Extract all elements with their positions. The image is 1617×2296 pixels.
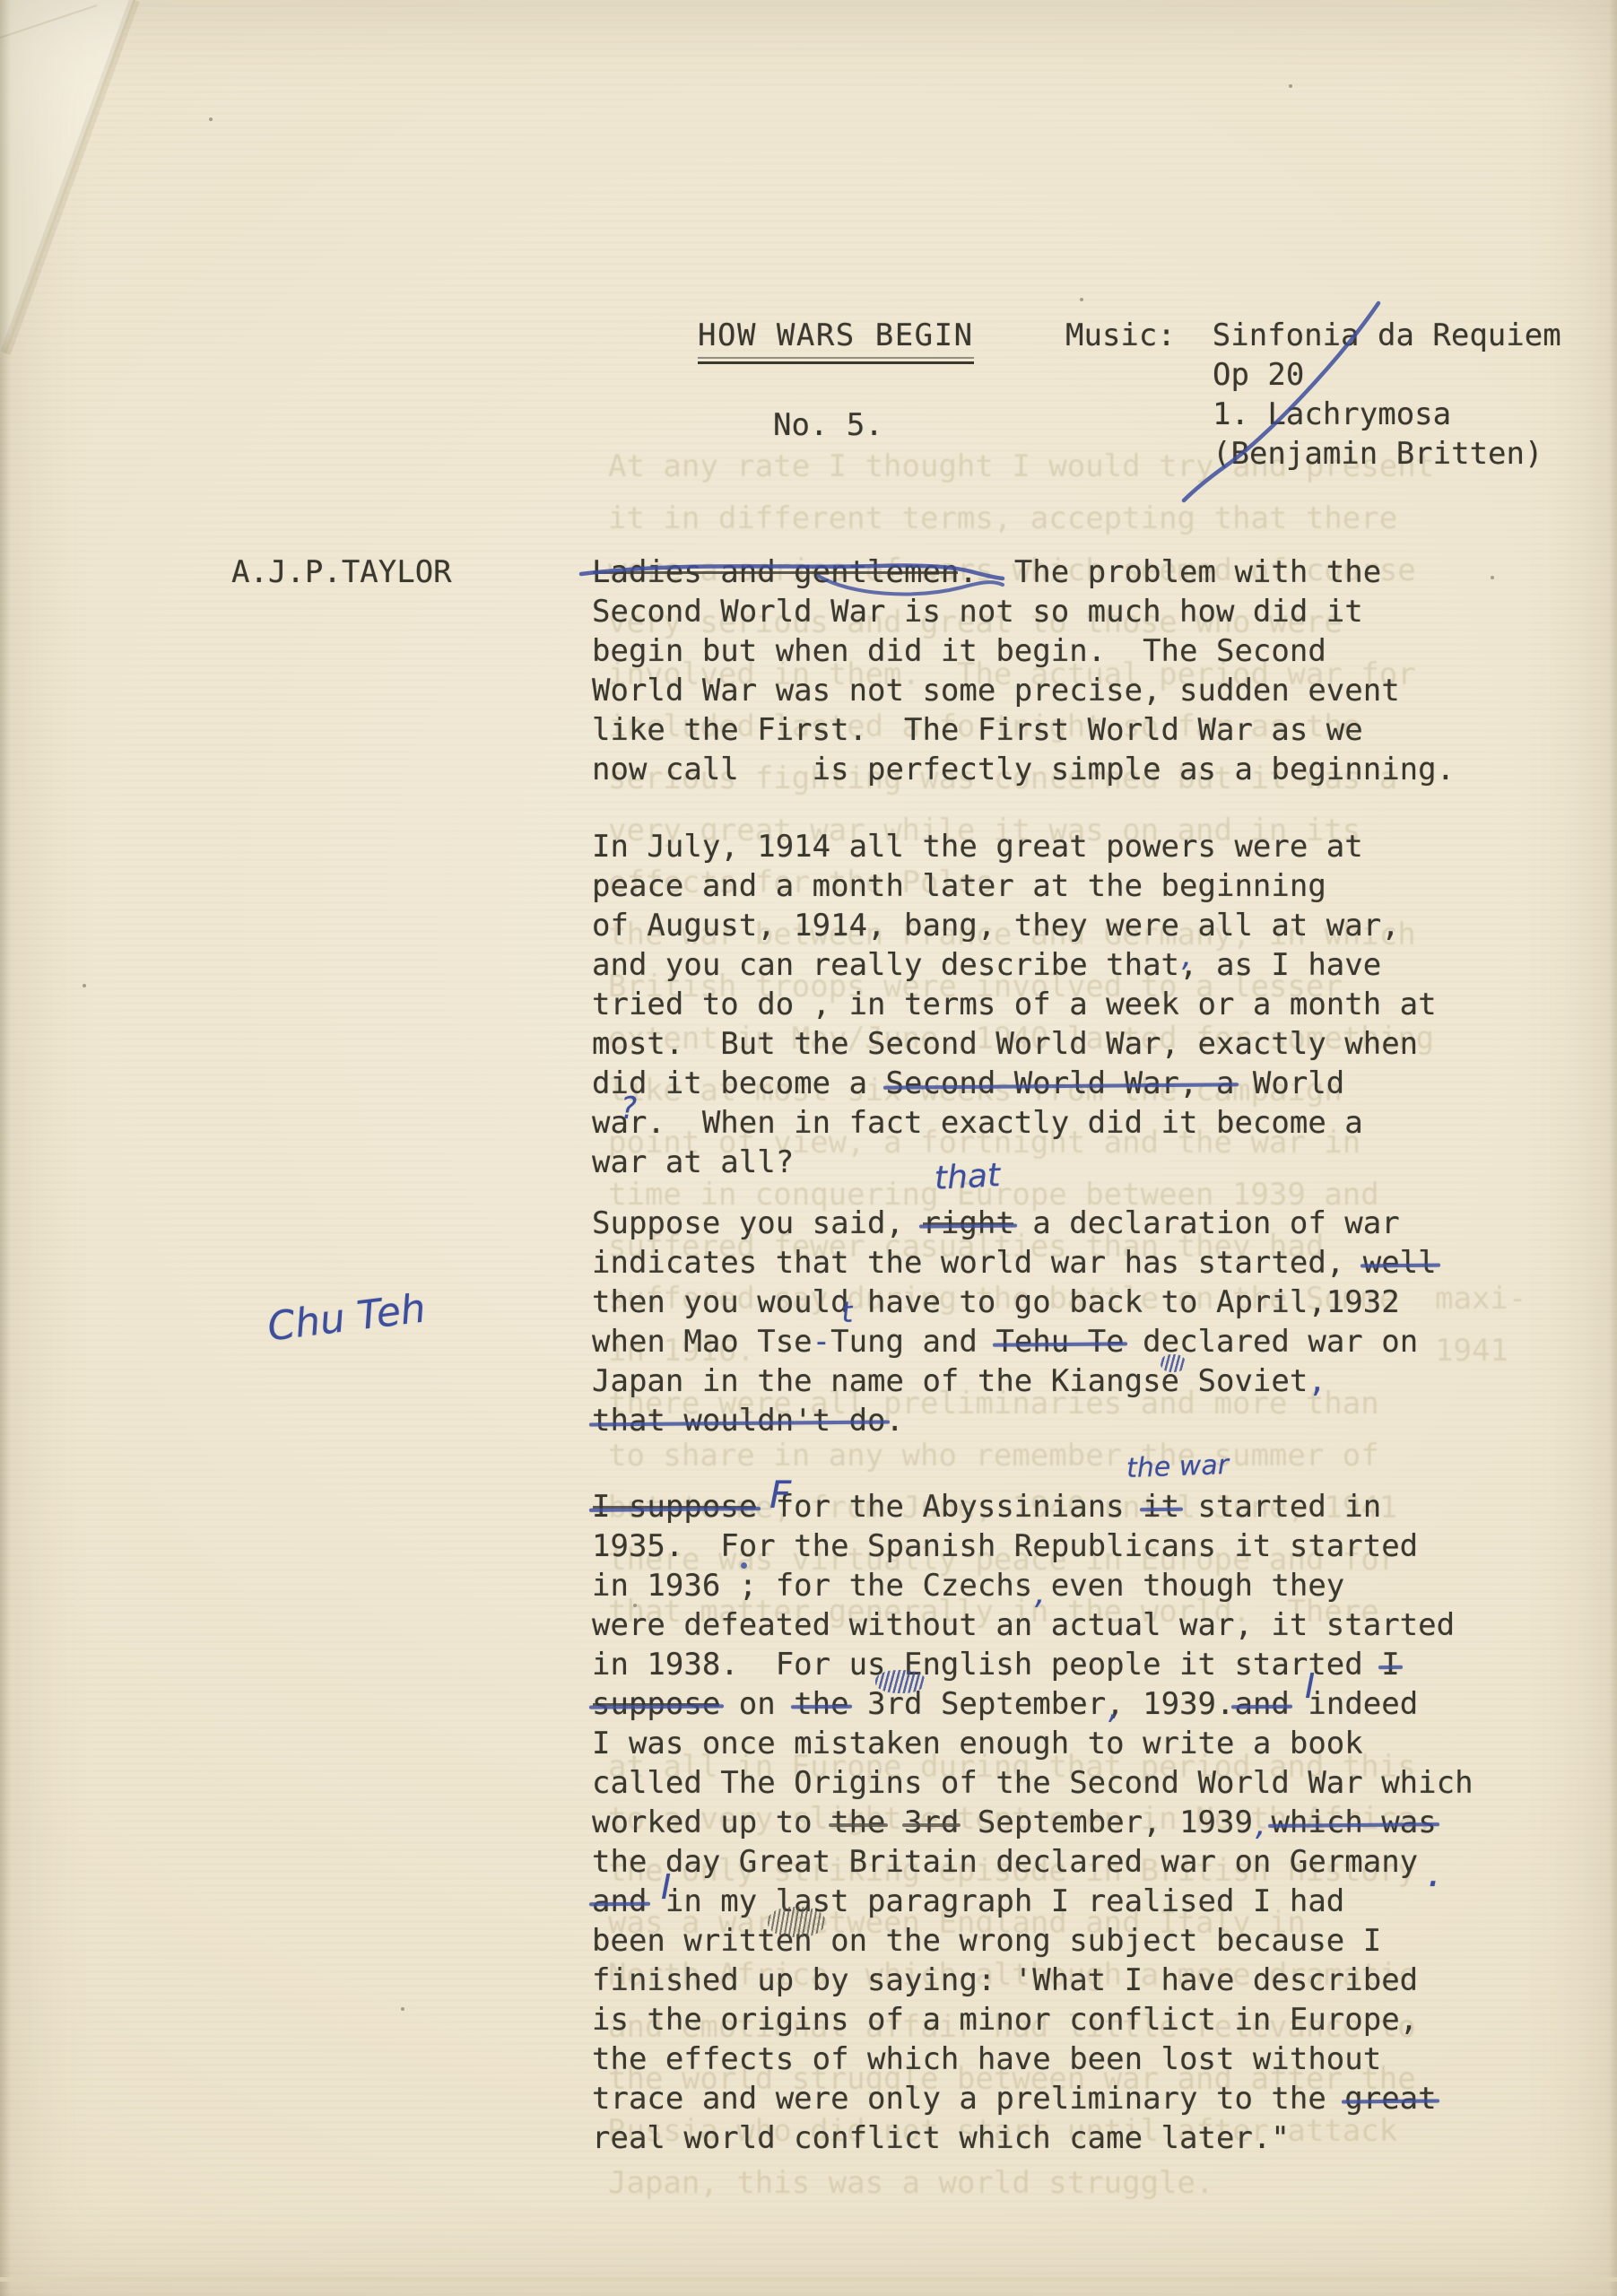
- speaker-label: A.J.P.TAYLOR: [231, 552, 452, 592]
- typed-line: worked up to the 3rd September, 1939 whi…: [592, 1803, 1474, 1842]
- folded-corner: [0, 0, 152, 377]
- paragraph-1: Ladies and gentlemen. The problem with t…: [592, 552, 1455, 789]
- pencil-scribble-written: [768, 1907, 825, 1937]
- ghost-text-line: Japan, this was a world struggle.: [608, 2165, 1214, 2201]
- struck-text: ,: [1308, 1363, 1326, 1399]
- typed-text: like the First. The First World War as w…: [592, 712, 1363, 748]
- typed-text: . The problem with the: [959, 554, 1381, 590]
- typed-text: 1935. For the Spanish Republicans it sta…: [592, 1528, 1418, 1564]
- typed-text: World War was not some precise, sudden e…: [592, 673, 1400, 709]
- dust-speck: [209, 117, 213, 121]
- dust-speck: [401, 2007, 404, 2011]
- music-cue-block: Music: Sinfonia da RequiemOp 201. Lachry…: [1065, 316, 1561, 474]
- typed-line: the effects of which have been lost with…: [592, 2039, 1474, 2079]
- document-page: At any rate I thought I would try and pr…: [0, 0, 1617, 2296]
- typed-text: worked up to: [592, 1805, 830, 1840]
- typed-text: Second World War is not so much how did …: [592, 594, 1363, 630]
- typed-line: Second World War is not so much how did …: [592, 592, 1455, 631]
- typed-text: in 1936 ; for the Czechs even though the…: [592, 1568, 1344, 1604]
- hand-period-after-germany: .: [1428, 1848, 1441, 1896]
- typed-text: when Mao Tse: [592, 1324, 813, 1360]
- typed-text: were defeated without an actual war, it …: [592, 1607, 1455, 1643]
- hand-comma-after-september: ,: [1108, 1690, 1118, 1726]
- struck-text: I suppose: [592, 1489, 757, 1525]
- hand-capital-i-over-indeed: I: [1305, 1666, 1315, 1706]
- typed-line: in 1936 ; for the Czechs even though the…: [592, 1566, 1474, 1605]
- dust-speck: [1289, 84, 1292, 88]
- hand-comma-after-czechs: ,: [1035, 1575, 1045, 1612]
- struck-text: I: [1381, 1647, 1399, 1683]
- page-right-edge: [1609, 0, 1617, 2296]
- typed-line: suppose on the 3rd September, 1939.and i…: [592, 1684, 1474, 1724]
- typed-text: now call is perfectly simple as a beginn…: [592, 752, 1455, 787]
- typed-text: called The Origins of the Second World W…: [592, 1765, 1474, 1801]
- dust-speck: [83, 984, 86, 987]
- typed-text: tried to do , in terms of a week or a mo…: [592, 987, 1437, 1022]
- typed-line: like the First. The First World War as w…: [592, 710, 1455, 750]
- hand-margin-note-chu-teh: Chu Teh: [265, 1285, 429, 1350]
- typed-line: that wouldn't do.: [592, 1401, 1437, 1440]
- struck-text: 3rd: [904, 1805, 959, 1840]
- typed-line: I suppose for the Abyssinians it started…: [592, 1487, 1474, 1526]
- struck-text: well: [1363, 1245, 1437, 1281]
- typed-text: and you can really describe that, as I h…: [592, 947, 1381, 983]
- typed-line: and you can really describe that, as I h…: [592, 945, 1437, 985]
- typed-text: for the Abyssinians: [757, 1489, 1143, 1525]
- typed-line: now call is perfectly simple as a beginn…: [592, 750, 1455, 789]
- struck-text: which was: [1271, 1805, 1436, 1840]
- typed-text: on: [720, 1686, 794, 1722]
- typed-line: trace and were only a preliminary to the…: [592, 2079, 1474, 2118]
- struck-text: suppose: [592, 1686, 720, 1722]
- typed-line: when Mao Tse-Tung and Tehu Te declared w…: [592, 1322, 1437, 1361]
- typed-text: finished up by saying: 'What I have desc…: [592, 1962, 1418, 1998]
- struck-text: Ladies and gentlemen: [592, 554, 959, 590]
- typed-text: Japan in the name of the Kiangse Soviet: [592, 1363, 1308, 1399]
- pen-squiggle-kiangse: [1161, 1354, 1186, 1372]
- typed-text: [886, 1805, 904, 1840]
- typed-line: indicates that the world war has started…: [592, 1243, 1437, 1283]
- struck-text: right: [922, 1205, 1013, 1241]
- typed-text: war at all?: [592, 1144, 794, 1180]
- hand-note-that: that: [934, 1157, 1001, 1197]
- typed-text: peace and a month later at the beginning: [592, 868, 1326, 904]
- pen-scribble-3rd: [875, 1670, 926, 1693]
- music-line-2: Op 20: [1213, 355, 1561, 395]
- typed-text: of August, 1914, bang, they were all at …: [592, 908, 1400, 944]
- typed-line: did it become a Second World War, a Worl…: [592, 1064, 1437, 1103]
- typed-text: begin but when did it begin. The Second: [592, 633, 1326, 669]
- typed-text: the effects of which have been lost with…: [592, 2041, 1381, 2077]
- struck-text: Second World War, a: [886, 1065, 1235, 1101]
- music-line-1: Music: Sinfonia da Requiem: [1065, 316, 1561, 355]
- typed-line: finished up by saying: 'What I have desc…: [592, 1961, 1474, 2000]
- typed-text: in 1938. For us English people it starte…: [592, 1647, 1381, 1683]
- hand-comma-after-that: ,: [1182, 938, 1192, 974]
- struck-text: and: [592, 1883, 647, 1919]
- typed-line: most. But the Second World War, exactly …: [592, 1024, 1437, 1064]
- typed-text: a declaration of war: [1014, 1205, 1400, 1241]
- typed-line: World War was not some precise, sudden e…: [592, 671, 1455, 710]
- hand-comma-after-1939: ,: [1256, 1806, 1265, 1843]
- hand-capital-i-over-in: I: [661, 1867, 671, 1907]
- typed-line: I was once mistaken enough to write a bo…: [592, 1724, 1474, 1763]
- typed-line: of August, 1914, bang, they were all at …: [592, 906, 1437, 945]
- paragraph-4: I suppose for the Abyssinians it started…: [592, 1487, 1474, 2158]
- ghost-text-line: it in different terms, accepting that th…: [608, 500, 1397, 536]
- typed-line: been written on the wrong subject becaus…: [592, 1921, 1474, 1961]
- typed-line: Ladies and gentlemen. The problem with t…: [592, 552, 1455, 592]
- page-left-edge: [0, 0, 11, 2296]
- typed-line: In July, 1914 all the great powers were …: [592, 827, 1437, 866]
- typed-text: indicates that the world war has started…: [592, 1245, 1363, 1281]
- typed-line: were defeated without an actual war, it …: [592, 1605, 1474, 1645]
- struck-text: it: [1143, 1489, 1179, 1525]
- typed-line: in 1938. For us English people it starte…: [592, 1645, 1474, 1684]
- typed-text: been written on the wrong subject becaus…: [592, 1923, 1381, 1959]
- ghost-text-line: to share in any who remember the summer …: [608, 1438, 1379, 1474]
- typed-text: I was once mistaken enough to write a bo…: [592, 1726, 1363, 1761]
- typed-line: is the origins of a minor conflict in Eu…: [592, 2000, 1474, 2039]
- dust-speck: [1491, 576, 1494, 579]
- typed-text: trace and were only a preliminary to the: [592, 2081, 1344, 2117]
- typed-line: war. When in fact exactly did it become …: [592, 1103, 1437, 1143]
- ghost-text-line: 1941: [1435, 1333, 1508, 1369]
- typed-text: then you would have to go back to April,…: [592, 1284, 1400, 1320]
- typed-line: war at all?: [592, 1143, 1437, 1182]
- script-number: No. 5.: [773, 405, 883, 445]
- struck-text: Tehu Te: [995, 1324, 1124, 1360]
- struck-text: the: [830, 1805, 885, 1840]
- typed-text: September, 1939: [959, 1805, 1271, 1840]
- typed-line: the day Great Britain declared war on Ge…: [592, 1842, 1474, 1882]
- typed-text: World: [1234, 1065, 1344, 1101]
- music-line-3: 1. Lachrymosa: [1213, 395, 1561, 434]
- typed-line: then you would have to go back to April,…: [592, 1283, 1437, 1322]
- typed-line: called The Origins of the Second World W…: [592, 1763, 1474, 1803]
- typed-line: Suppose you said, right a declaration of…: [592, 1204, 1437, 1243]
- hand-question-mark: ?: [621, 1091, 637, 1126]
- typed-text: war. When in fact exactly did it become …: [592, 1105, 1363, 1141]
- struck-text: that wouldn't do: [592, 1403, 886, 1439]
- typed-line: 1935. For the Spanish Republicans it sta…: [592, 1526, 1474, 1566]
- typed-line: and in my last paragraph I realised I ha…: [592, 1882, 1474, 1921]
- typed-text: most. But the Second World War, exactly …: [592, 1026, 1418, 1062]
- struck-text: the: [794, 1686, 848, 1722]
- dust-speck: [633, 1604, 637, 1607]
- typed-text: Tung and: [830, 1324, 995, 1360]
- hand-note-the-war: the war: [1126, 1449, 1229, 1484]
- struck-text: great: [1344, 2081, 1436, 2117]
- struck-text: and: [1234, 1686, 1289, 1722]
- scan-bottom-edge: [0, 2282, 1617, 2296]
- music-line-4: (Benjamin Britten): [1213, 434, 1561, 474]
- typed-text: started in: [1179, 1489, 1381, 1525]
- typed-text: the day Great Britain declared war on Ge…: [592, 1844, 1418, 1880]
- struck-text: -: [813, 1324, 830, 1360]
- typed-line: real world conflict which came later.": [592, 2118, 1474, 2158]
- typed-text: in my last paragraph I realised I had: [647, 1883, 1344, 1919]
- pen-dot-semicolon: [741, 1562, 747, 1569]
- ghost-text-line: maxi-: [1435, 1281, 1526, 1317]
- typed-text: real world conflict which came later.": [592, 2120, 1290, 2156]
- typed-text: is the origins of a minor conflict in Eu…: [592, 2002, 1418, 2038]
- hand-capital-f-over-for: F: [769, 1473, 791, 1517]
- typed-text: In July, 1914 all the great powers were …: [592, 829, 1363, 865]
- paragraph-2: In July, 1914 all the great powers were …: [592, 827, 1437, 1182]
- dust-speck: [1080, 298, 1083, 301]
- typed-line: peace and a month later at the beginning: [592, 866, 1437, 906]
- typed-line: Japan in the name of the Kiangse Soviet,: [592, 1361, 1437, 1401]
- hand-lowercase-t-over-tung: t: [839, 1295, 854, 1330]
- typed-text: Suppose you said,: [592, 1205, 922, 1241]
- typed-line: begin but when did it begin. The Second: [592, 631, 1455, 671]
- paragraph-3: Suppose you said, right a declaration of…: [592, 1204, 1437, 1440]
- typed-line: tried to do , in terms of a week or a mo…: [592, 985, 1437, 1024]
- page-title: HOW WARS BEGIN: [698, 316, 974, 364]
